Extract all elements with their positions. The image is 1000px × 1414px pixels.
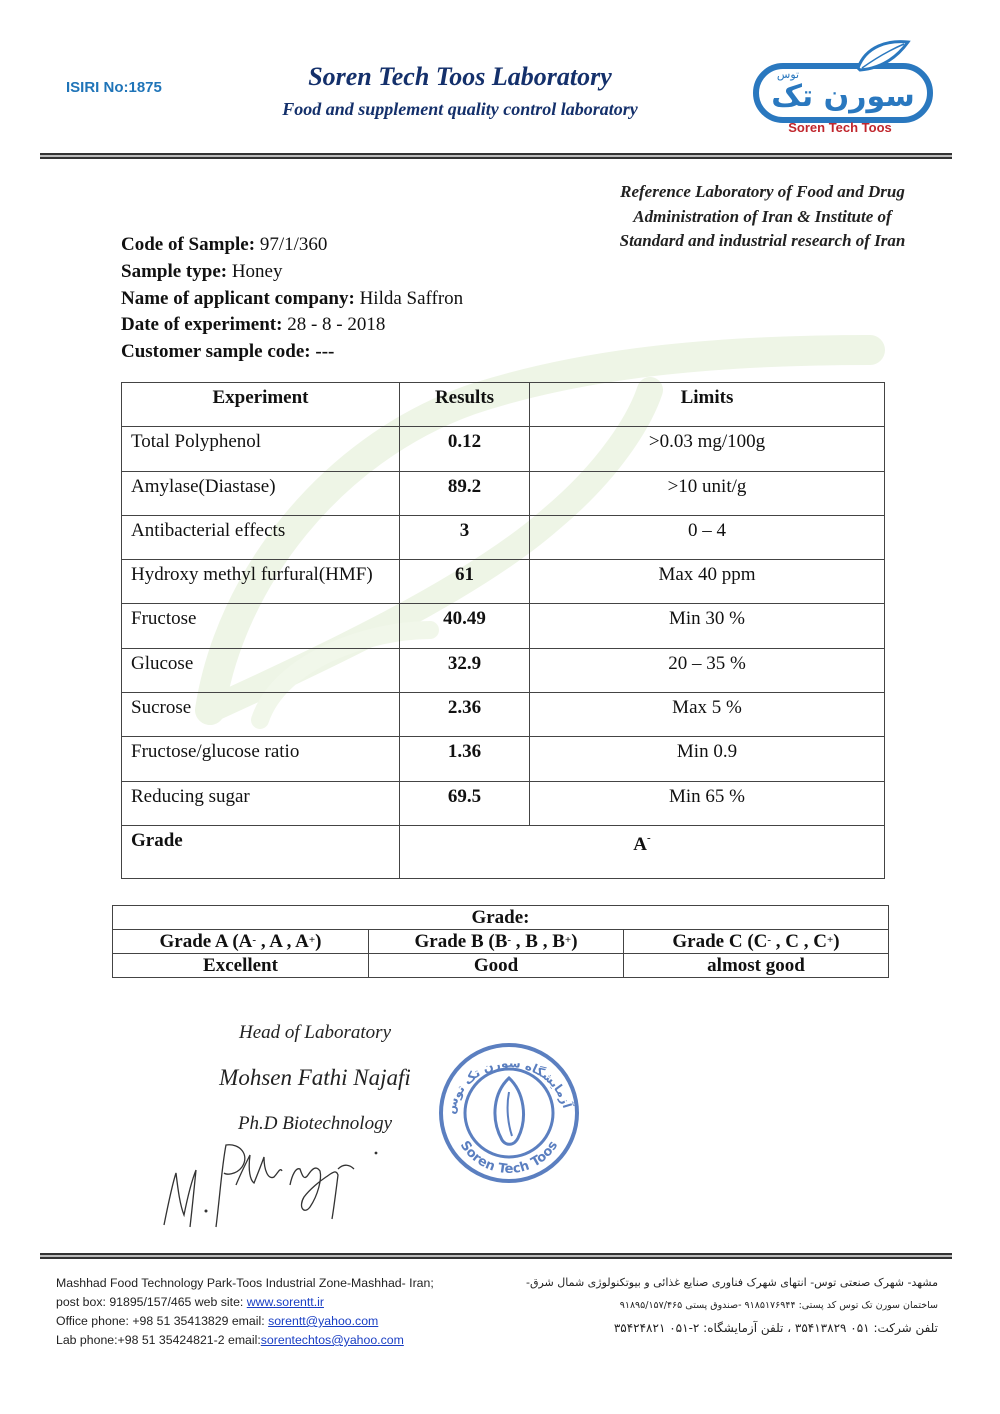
experiment-cell: Antibacterial effects xyxy=(122,515,400,559)
grade-text: Grade A (A xyxy=(160,931,253,952)
grade-legend-grade: Grade C (C- , C , C+) xyxy=(624,930,889,954)
experiment-cell: Fructose/glucose ratio xyxy=(122,737,400,781)
footer-contact-english: Mashhad Food Technology Park-Toos Indust… xyxy=(56,1274,434,1350)
experiment-date-row: Date of experiment: 28 - 8 - 2018 xyxy=(121,312,463,339)
grade-legend-meaning: Excellent xyxy=(113,954,369,978)
limit-cell: >10 unit/g xyxy=(530,471,885,515)
grade-modifier: + xyxy=(309,934,315,946)
limit-cell: Max 5 % xyxy=(530,693,885,737)
table-row: Reducing sugar69.5Min 65 % xyxy=(122,781,885,825)
lab-email-link[interactable]: sorentechtos@yahoo.com xyxy=(261,1333,404,1347)
reference-statement: Reference Laboratory of Food and Drug Ad… xyxy=(595,180,930,254)
experiment-date-label: Date of experiment: xyxy=(121,314,282,335)
sample-code-value: 97/1/360 xyxy=(260,234,328,255)
grade-legend-title-row: Grade: xyxy=(113,906,889,930)
limit-cell: 20 – 35 % xyxy=(530,648,885,692)
experiment-cell: Fructose xyxy=(122,604,400,648)
header-divider xyxy=(40,153,952,159)
grade-legend-grade: Grade A (A- , A , A+) xyxy=(113,930,369,954)
signatory-name: Mohsen Fathi Najafi xyxy=(190,1065,440,1091)
svg-text:سورن تک: سورن تک xyxy=(771,79,915,114)
grade-text: ) xyxy=(571,931,577,952)
header-results: Results xyxy=(400,383,530,427)
result-cell: 69.5 xyxy=(400,781,530,825)
limit-cell: Max 40 ppm xyxy=(530,560,885,604)
limit-cell: Min 0.9 xyxy=(530,737,885,781)
lab-subtitle: Food and supplement quality control labo… xyxy=(230,99,690,120)
sample-info: Code of Sample: 97/1/360 Sample type: Ho… xyxy=(121,232,463,366)
customer-code-label: Customer sample code: xyxy=(121,341,311,362)
footer-address: Mashhad Food Technology Park-Toos Indust… xyxy=(56,1274,434,1293)
limit-cell: >0.03 mg/100g xyxy=(530,427,885,471)
table-row: Fructose/glucose ratio1.36Min 0.9 xyxy=(122,737,885,781)
limit-cell: 0 – 4 xyxy=(530,515,885,559)
svg-text:توس: توس xyxy=(777,68,799,81)
table-row: Fructose40.49Min 30 % xyxy=(122,604,885,648)
logo-caption: Soren Tech Toos xyxy=(770,120,910,135)
result-cell: 89.2 xyxy=(400,471,530,515)
customer-code-value: --- xyxy=(315,341,334,362)
grade-value: A- xyxy=(400,825,885,878)
sample-code-label: Code of Sample: xyxy=(121,234,255,255)
result-cell: 40.49 xyxy=(400,604,530,648)
table-row: Antibacterial effects30 – 4 xyxy=(122,515,885,559)
grade-row: Grade A- xyxy=(122,825,885,878)
experiment-cell: Amylase(Diastase) xyxy=(122,471,400,515)
results-table: Experiment Results Limits Total Polyphen… xyxy=(121,382,885,879)
sample-type-row: Sample type: Honey xyxy=(121,259,463,286)
reference-line: Standard and industrial research of Iran xyxy=(595,229,930,254)
result-cell: 0.12 xyxy=(400,427,530,471)
footer-lab-label: Lab phone:+98 51 35424821-2 email: xyxy=(56,1333,261,1347)
table-row: Amylase(Diastase)89.2>10 unit/g xyxy=(122,471,885,515)
lab-title: Soren Tech Toos Laboratory xyxy=(240,62,680,92)
grade-legend-meaning: almost good xyxy=(624,954,889,978)
result-cell: 3 xyxy=(400,515,530,559)
table-row: Total Polyphenol0.12>0.03 mg/100g xyxy=(122,427,885,471)
experiment-date-value: 28 - 8 - 2018 xyxy=(287,314,385,335)
table-row: Hydroxy methyl furfural(HMF)61Max 40 ppm xyxy=(122,560,885,604)
grade-text: , A , A xyxy=(256,931,309,952)
grade-legend-table: Grade: Grade A (A- , A , A+)Grade B (B- … xyxy=(112,905,889,978)
result-cell: 1.36 xyxy=(400,737,530,781)
grade-legend-meaning: Good xyxy=(369,954,624,978)
footer-postbox-label: post box: 91895/157/465 web site: xyxy=(56,1295,247,1309)
results-header-row: Experiment Results Limits xyxy=(122,383,885,427)
footer-lab-row: Lab phone:+98 51 35424821-2 email:sorent… xyxy=(56,1331,434,1350)
header-limits: Limits xyxy=(530,383,885,427)
sample-code-row: Code of Sample: 97/1/360 xyxy=(121,232,463,259)
grade-modifier: + xyxy=(827,934,833,946)
persian-phone-line: تلفن شرکت: ۰۵۱ ۳۵۴۱۳۸۲۹ ، تلفن آزمایشگاه… xyxy=(526,1317,938,1340)
website-link[interactable]: www.sorentt.ir xyxy=(247,1295,324,1309)
persian-postal-line: ساختمان سورن تک توس کد پستی: ۹۱۸۵۱۷۶۹۴۴ … xyxy=(526,1294,938,1317)
grade-modifier: - xyxy=(767,934,771,946)
handwritten-signature-icon xyxy=(150,1135,390,1235)
grade-modifier: + xyxy=(565,934,571,946)
lab-stamp-icon: Soren Tech Toos آزمایشگاه سورن تک توس xyxy=(436,1040,582,1186)
grade-text: ) xyxy=(833,931,839,952)
grade-text: Grade B (B xyxy=(414,931,507,952)
grade-text: , B , B xyxy=(511,931,565,952)
footer-office-row: Office phone: +98 51 35413829 email: sor… xyxy=(56,1312,434,1331)
signatory-title: Head of Laboratory xyxy=(200,1022,430,1044)
grade-legend-grades-row: Grade A (A- , A , A+)Grade B (B- , B , B… xyxy=(113,930,889,954)
grade-legend-grade: Grade B (B- , B , B+) xyxy=(369,930,624,954)
limit-cell: Min 30 % xyxy=(530,604,885,648)
limit-cell: Min 65 % xyxy=(530,781,885,825)
footer-office-label: Office phone: +98 51 35413829 email: xyxy=(56,1314,268,1328)
signatory-degree: Ph.D Biotechnology xyxy=(200,1113,430,1135)
table-row: Glucose32.920 – 35 % xyxy=(122,648,885,692)
persian-address-line: مشهد- شهرک صنعتی توس- انتهای شهرک فناوری… xyxy=(526,1271,938,1294)
isiri-number: ISIRI No:1875 xyxy=(66,79,162,96)
experiment-cell: Sucrose xyxy=(122,693,400,737)
grade-label: Grade xyxy=(122,825,400,878)
customer-code-row: Customer sample code: --- xyxy=(121,339,463,366)
grade-legend-meanings-row: ExcellentGoodalmost good xyxy=(113,954,889,978)
header-experiment: Experiment xyxy=(122,383,400,427)
result-cell: 32.9 xyxy=(400,648,530,692)
applicant-row: Name of applicant company: Hilda Saffron xyxy=(121,286,463,313)
experiment-cell: Reducing sugar xyxy=(122,781,400,825)
applicant-label: Name of applicant company: xyxy=(121,288,355,309)
grade-modifier: - xyxy=(647,832,651,844)
footer-divider xyxy=(40,1253,952,1259)
grade-text: ) xyxy=(315,931,321,952)
reference-line: Reference Laboratory of Food and Drug xyxy=(595,180,930,205)
grade-text: , C , C xyxy=(771,931,827,952)
experiment-cell: Glucose xyxy=(122,648,400,692)
grade-modifier: - xyxy=(507,934,511,946)
grade-letter: A xyxy=(633,834,647,855)
experiment-cell: Hydroxy methyl furfural(HMF) xyxy=(122,560,400,604)
applicant-value: Hilda Saffron xyxy=(360,288,464,309)
result-cell: 2.36 xyxy=(400,693,530,737)
footer-contact-persian: مشهد- شهرک صنعتی توس- انتهای شهرک فناوری… xyxy=(526,1271,938,1340)
office-email-link[interactable]: sorentt@yahoo.com xyxy=(268,1314,378,1328)
experiment-cell: Total Polyphenol xyxy=(122,427,400,471)
grade-modifier: - xyxy=(252,934,256,946)
grade-legend-title: Grade: xyxy=(113,906,889,930)
table-row: Sucrose2.36Max 5 % xyxy=(122,693,885,737)
footer-postbox-row: post box: 91895/157/465 web site: www.so… xyxy=(56,1293,434,1312)
sample-type-value: Honey xyxy=(232,261,283,282)
reference-line: Administration of Iran & Institute of xyxy=(595,205,930,230)
result-cell: 61 xyxy=(400,560,530,604)
sample-type-label: Sample type: xyxy=(121,261,227,282)
grade-text: Grade C (C xyxy=(672,931,767,952)
